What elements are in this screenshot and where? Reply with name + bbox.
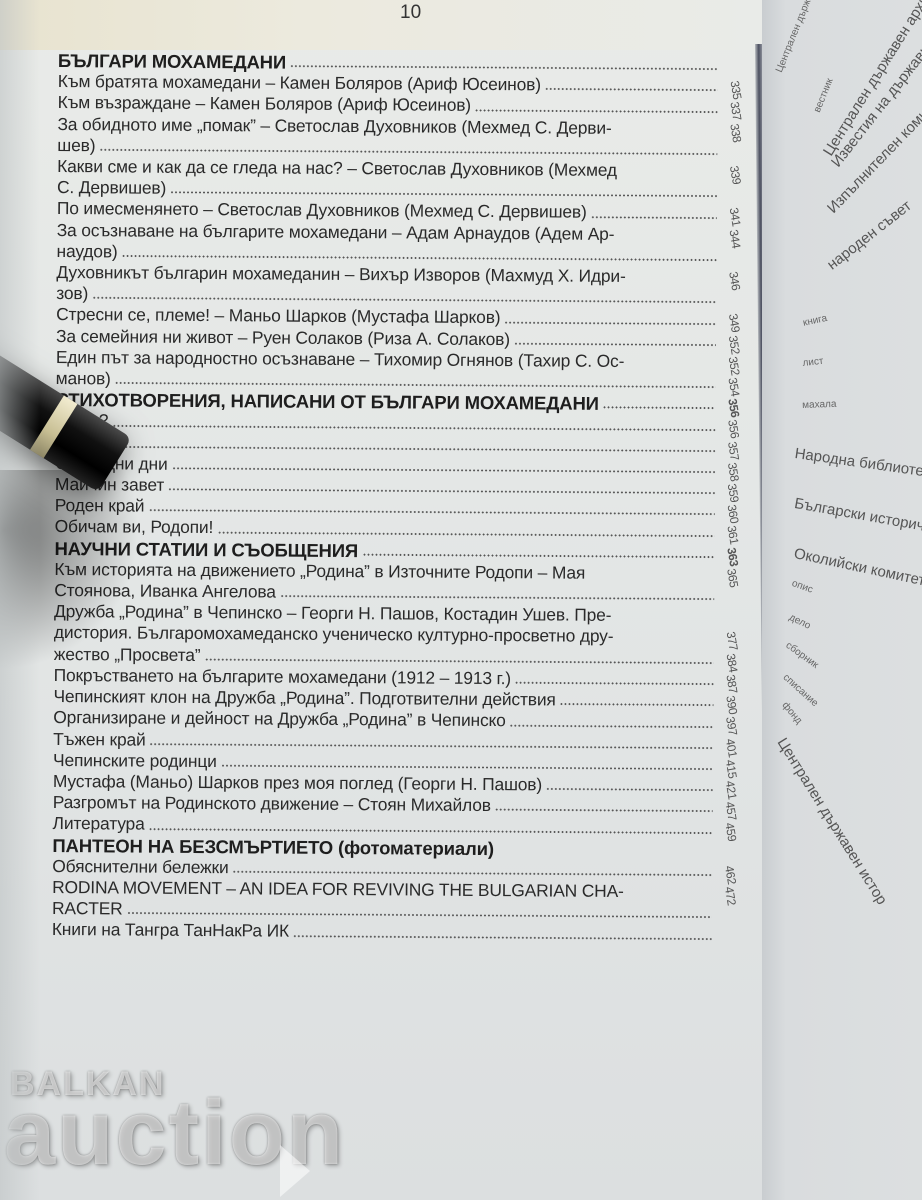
dot-leader bbox=[150, 742, 714, 749]
dot-leader bbox=[127, 912, 712, 919]
toc-page-number bbox=[727, 932, 731, 958]
dot-leader bbox=[148, 509, 714, 516]
right-page-text: вестник bbox=[812, 77, 836, 114]
dot-leader bbox=[149, 827, 713, 834]
watermark-line1: BALKAN bbox=[10, 1065, 166, 1104]
dot-leader bbox=[514, 342, 716, 346]
toc-entry-title: RACTER bbox=[52, 898, 123, 920]
right-page-text: лист bbox=[802, 356, 824, 369]
right-page-text: Централен държавен архив bbox=[774, 0, 833, 74]
toc-page-number: 339 bbox=[722, 157, 747, 186]
dot-leader bbox=[362, 553, 714, 558]
toc-entry-title: Тъжен край bbox=[53, 728, 146, 750]
toc-page-number: 365 bbox=[719, 560, 744, 589]
right-page-text: опис bbox=[790, 578, 814, 596]
dot-leader bbox=[591, 215, 717, 219]
toc-entry-title: За осъзнаване на българите мохамедани – … bbox=[57, 220, 615, 245]
dot-leader bbox=[112, 424, 715, 431]
toc-entry: Книги на Тангра ТанНакРа ИК bbox=[52, 919, 742, 945]
right-page-text: сборник bbox=[784, 640, 821, 671]
dot-leader bbox=[515, 681, 714, 685]
right-page-text: фонд bbox=[780, 700, 805, 726]
toc-entry-title: Обяснителни бележки bbox=[52, 856, 228, 878]
dot-leader bbox=[99, 148, 717, 155]
dot-leader bbox=[603, 406, 716, 410]
toc-entry-title: ПАНТЕОН НА БЕЗСМЪРТИЕТО (фотоматериали) bbox=[52, 834, 494, 858]
toc-entry-title: Литература bbox=[53, 813, 145, 835]
dot-leader bbox=[495, 808, 713, 813]
toc-entry-title: манов) bbox=[56, 368, 111, 390]
toc-entry-title: Духовникът българин мохамеданин – Вихър … bbox=[56, 262, 625, 287]
dot-leader bbox=[170, 191, 717, 198]
dot-leader bbox=[280, 595, 714, 601]
toc-entry-title: Разгромът на Родинското движение – Стоян… bbox=[53, 792, 491, 816]
right-page: Централен държавен архиввестникЦентрален… bbox=[762, 0, 922, 1200]
dot-leader bbox=[545, 88, 718, 92]
toc-page-number: 344 bbox=[721, 220, 746, 249]
dot-leader bbox=[115, 382, 716, 389]
dot-leader bbox=[510, 724, 714, 728]
toc-entry-title: Чепинските родинци bbox=[53, 750, 217, 772]
dot-leader bbox=[504, 321, 716, 325]
page-number: 10 bbox=[400, 2, 421, 24]
pen-band bbox=[30, 395, 77, 458]
dot-leader bbox=[221, 764, 713, 770]
toc-entry-title: Книги на Тангра ТанНакРа ИК bbox=[52, 919, 289, 942]
table-of-contents: БЪЛГАРИ МОХАМЕДАНИКъм братята мохамедани… bbox=[52, 50, 748, 945]
toc-entry-title: СТИХОТВОРЕНИЯ, НАПИСАНИ ОТ БЪЛГАРИ МОХАМ… bbox=[55, 389, 598, 414]
right-page-text: махала bbox=[802, 399, 837, 411]
dot-leader bbox=[217, 531, 714, 537]
dot-leader bbox=[546, 788, 713, 792]
dot-leader bbox=[168, 488, 715, 495]
dot-leader bbox=[293, 934, 712, 940]
pen-shadow bbox=[0, 470, 140, 670]
right-page-text: Известия на държавните bbox=[828, 23, 922, 170]
watermark-line2: auction bbox=[4, 1081, 345, 1186]
toc-entry-title: Стресни се, племе! – Маньо Шарков (Муста… bbox=[56, 304, 500, 328]
dot-leader bbox=[109, 445, 716, 452]
right-page-text: Народна библиотека „Кири bbox=[794, 445, 922, 488]
toc-page-number: 459 bbox=[717, 814, 742, 843]
toc-entry-title: С. Дервишев) bbox=[57, 177, 166, 199]
toc-entry-title: зов) bbox=[56, 283, 88, 304]
play-arrow-icon bbox=[280, 1145, 310, 1197]
right-page-text: Централен държавен истор bbox=[774, 735, 891, 908]
page-glare bbox=[0, 0, 762, 50]
dot-leader bbox=[204, 658, 713, 665]
toc-entry-title: RODINA MOVEMENT – AN IDEA FOR REVIVING T… bbox=[52, 877, 624, 902]
dot-leader bbox=[233, 870, 713, 876]
dot-leader bbox=[475, 109, 718, 114]
right-page-text: книга bbox=[802, 313, 828, 329]
toc-entry-title: Един път за народностно осъзнаване – Тих… bbox=[56, 347, 625, 372]
left-page: 10 БЪЛГАРИ МОХАМЕДАНИКъм братята мохамед… bbox=[0, 0, 762, 1200]
dot-leader bbox=[560, 703, 714, 707]
right-page-text: Български исторически ар bbox=[793, 495, 922, 544]
toc-entry-title: наудов) bbox=[57, 241, 118, 263]
toc-page-number: 346 bbox=[721, 263, 746, 292]
toc-page-number: 338 bbox=[722, 114, 747, 143]
toc-entry-title: БЪЛГАРИ МОХАМЕДАНИ bbox=[58, 50, 286, 73]
toc-entry-title: шев) bbox=[57, 135, 95, 156]
right-page-text: Околийски комитет на БКП bbox=[792, 545, 922, 601]
dot-leader bbox=[92, 297, 716, 304]
dot-leader bbox=[122, 254, 717, 261]
toc-entry-title: Към възраждане – Камен Боляров (Ариф Юсе… bbox=[58, 92, 472, 116]
toc-entry-title: За обидното име „помак” – Светослав Духо… bbox=[57, 114, 611, 139]
toc-page-number: 472 bbox=[717, 878, 742, 907]
dot-leader bbox=[172, 467, 716, 474]
dot-leader bbox=[290, 65, 718, 71]
right-page-text: дело bbox=[787, 612, 812, 632]
